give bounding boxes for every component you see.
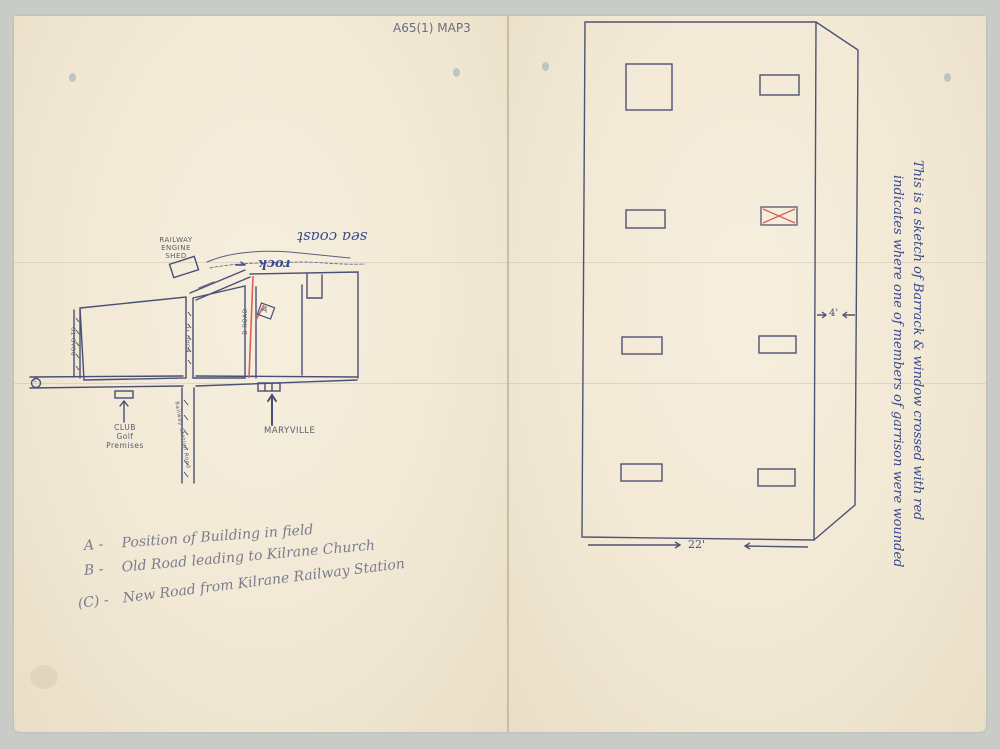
width-dimension-label: 22' [688, 538, 705, 551]
barrack-sketch [0, 0, 1000, 749]
barrack-note-line-2: indicates where one of members of garris… [890, 175, 905, 568]
barrack-note-line-1: This is a sketch of Barrack & window cro… [910, 160, 925, 520]
side-dimension-label: 4' [829, 308, 838, 319]
